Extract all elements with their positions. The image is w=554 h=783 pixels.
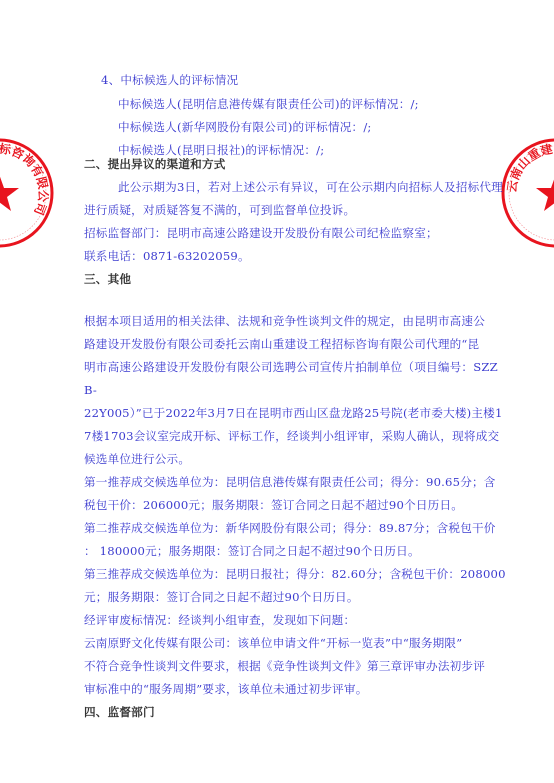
third-candidate-line: 第三推荐成交候选单位为：昆明日报社；得分：82.60分；含税包干价：208000	[84, 566, 506, 582]
document-page: 招标咨询有限公司 云南山重建设工程 4、中标候选人的评标情况 中标候选人(昆明信…	[0, 0, 554, 783]
left-company-seal-stamp: 招标咨询有限公司	[0, 136, 56, 250]
candidates-evaluation-title: 4、中标候选人的评标情况	[101, 72, 238, 88]
candidate-evaluation-item: 中标候选人(新华网股份有限公司)的评标情况：/;	[118, 119, 372, 135]
second-candidate-line: 第二推荐成交候选单位为：新华网股份有限公司；得分：89.87分；含税包干价	[84, 520, 496, 536]
contact-phone-line: 联系电话：0871-63202059。	[84, 248, 250, 264]
disqualification-line: 不符合竞争性谈判文件要求，根据《竞争性谈判文件》第三章评审办法初步评	[84, 658, 485, 674]
other-paragraph-line: 根据本项目适用的相关法律、法规和竞争性谈判文件的规定，由昆明市高速公	[84, 313, 485, 329]
second-candidate-line: ： 180000元；服务期限：签订合同之日起不超过90个日历日。	[84, 543, 420, 559]
disqualification-line: 审标准中的“服务周期”要求，该单位未通过初步评审。	[84, 681, 368, 697]
disqualification-line: 云南原野文化传媒有限公司：该单位申请文件“开标一览表”中“服务期限”	[84, 635, 462, 651]
disqualification-line: 经评审废标情况：经谈判小组审查，发现如下问题：	[84, 612, 355, 628]
third-candidate-line: 元；服务期限：签订合同之日起不超过90个日历日。	[84, 589, 359, 605]
other-paragraph-line: 7楼1703会议室完成开标、评标工作，经谈判小组评审，采购人确认，现将成交	[84, 428, 499, 444]
objection-paragraph-line: 此公示期为3日，若对上述公示有异议，可在公示期内向招标人及招标代理	[118, 179, 503, 195]
first-candidate-line: 税包干价：206000元；服务期限：签订合同之日起不超过90个日历日。	[84, 497, 463, 513]
supervision-section-heading: 四、监督部门	[84, 704, 155, 720]
other-paragraph-line: 22Y005）”已于2022年3月7日在昆明市西山区盘龙路25号院(老市委大楼)…	[84, 405, 503, 421]
other-paragraph-line: 明市高速公路建设开发股份有限公司选聘公司宣传片拍制单位（项目编号：SZZ	[84, 359, 498, 375]
other-paragraph-line: B-	[84, 382, 97, 398]
other-section-heading: 三、其他	[84, 271, 131, 287]
objection-section-heading: 二、提出异议的渠道和方式	[84, 156, 226, 172]
supervision-department-line: 招标监督部门：昆明市高速公路建设开发股份有限公司纪检监察室；	[84, 225, 438, 241]
candidate-evaluation-item: 中标候选人(昆明信息港传媒有限责任公司)的评标情况：/;	[118, 96, 419, 112]
right-company-seal-stamp: 云南山重建设工程	[499, 136, 554, 250]
other-paragraph-line: 路建设开发股份有限公司委托云南山重建设工程招标咨询有限公司代理的“昆	[84, 336, 479, 352]
first-candidate-line: 第一推荐成交候选单位为：昆明信息港传媒有限责任公司；得分：90.65分；含	[84, 474, 496, 490]
objection-paragraph-line: 进行质疑，对质疑答复不满的，可到监督单位投诉。	[84, 202, 355, 218]
other-paragraph-line: 候选单位进行公示。	[84, 451, 190, 467]
